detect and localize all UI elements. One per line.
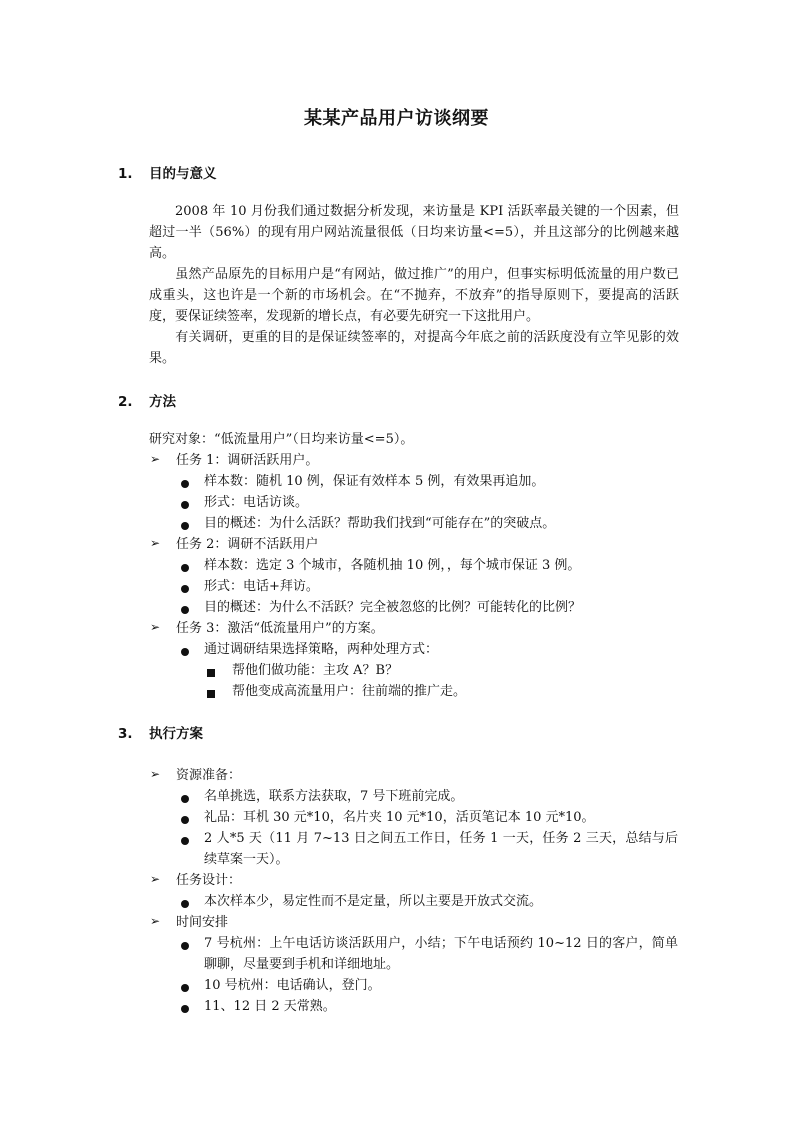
group-label: 时间安排	[176, 912, 228, 933]
task-label: 任务 2：调研不活跃用户	[176, 534, 318, 555]
list-item: 形式：电话+拜访。	[204, 576, 319, 597]
list-item: 10 号杭州：电话确认，登门。	[204, 975, 381, 996]
dot-bullet-icon	[181, 981, 189, 995]
list-item: 目的概述：为什么不活跃？完全被忽悠的比例？可能转化的比例？	[204, 597, 581, 618]
task-label: 任务 3：激活“低流量用户”的方案。	[176, 618, 384, 639]
dot-bullet-icon	[181, 645, 189, 659]
list-item: 本次样本少，易定性而不是定量，所以主要是开放式交流。	[204, 891, 542, 912]
square-bullet-icon	[207, 687, 215, 701]
dot-bullet-icon	[181, 498, 189, 512]
section-heading-2: 2.方法	[118, 390, 176, 410]
list-item: 11、12 日 2 天常熟。	[204, 996, 336, 1017]
list-item: 样本数：选定 3 个城市，各随机抽 10 例，，每个城市保证 3 例。	[204, 555, 580, 576]
section-heading-1: 1.目的与意义	[118, 162, 217, 182]
dot-bullet-icon	[181, 519, 189, 533]
list-item: 样本数：随机 10 例，保证有效样本 5 例，有效果再追加。	[204, 471, 544, 492]
task-label: 任务 1：调研活跃用户。	[176, 450, 318, 471]
arrow-bullet-icon: ➢	[150, 872, 160, 886]
document-page: 某某产品用户访谈纲要 1.目的与意义 2008 年 10 月份我们通过数据分析发…	[0, 0, 793, 1122]
list-item: 形式：电话访谈。	[204, 492, 308, 513]
dot-bullet-icon	[181, 603, 189, 617]
arrow-bullet-icon: ➢	[150, 914, 160, 928]
dot-bullet-icon	[181, 1002, 189, 1016]
list-item: 通过调研结果选择策略，两种处理方式：	[204, 639, 438, 660]
paragraph: 虽然产品原先的目标用户是“有网站，做过推广”的用户，但事实标明低流量的用户数已成…	[149, 264, 679, 327]
list-item: 2 人*5 天（11 月 7~13 日之间五工作日，任务 1 一天，任务 2 三…	[204, 828, 678, 870]
dot-bullet-icon	[181, 477, 189, 491]
group-label: 资源准备：	[176, 765, 241, 786]
arrow-bullet-icon: ➢	[150, 767, 160, 781]
list-item: 7 号杭州：上午电话访谈活跃用户，小结；下午电话预约 10~12 日的客户，简单…	[204, 933, 678, 975]
list-item: 礼品：耳机 30 元*10，名片夹 10 元*10，活页笔记本 10 元*10。	[204, 807, 595, 828]
dot-bullet-icon	[181, 813, 189, 827]
paragraph: 2008 年 10 月份我们通过数据分析发现，来访量是 KPI 活跃率最关键的一…	[149, 201, 679, 264]
arrow-bullet-icon: ➢	[150, 536, 160, 550]
dot-bullet-icon	[181, 834, 189, 848]
research-subject: 研究对象：“低流量用户”（日均来访量<=5）。	[149, 429, 413, 450]
sub-list-item: 帮他变成高流量用户：往前端的推广走。	[232, 681, 466, 702]
list-item: 目的概述：为什么活跃？帮助我们找到“可能存在”的突破点。	[204, 513, 555, 534]
section-heading-3: 3.执行方案	[118, 722, 203, 742]
dot-bullet-icon	[181, 792, 189, 806]
group-label: 任务设计：	[176, 870, 241, 891]
list-item: 名单挑选，联系方法获取，7 号下班前完成。	[204, 786, 463, 807]
dot-bullet-icon	[181, 582, 189, 596]
dot-bullet-icon	[181, 897, 189, 911]
arrow-bullet-icon: ➢	[150, 452, 160, 466]
square-bullet-icon	[207, 666, 215, 680]
document-title: 某某产品用户访谈纲要	[0, 104, 793, 130]
sub-list-item: 帮他们做功能：主攻 A？B？	[232, 660, 398, 681]
dot-bullet-icon	[181, 561, 189, 575]
paragraph: 有关调研，更重的目的是保证续签率的，对提高今年底之前的活跃度没有立竿见影的效果。	[149, 327, 679, 369]
arrow-bullet-icon: ➢	[150, 620, 160, 634]
dot-bullet-icon	[181, 939, 189, 953]
